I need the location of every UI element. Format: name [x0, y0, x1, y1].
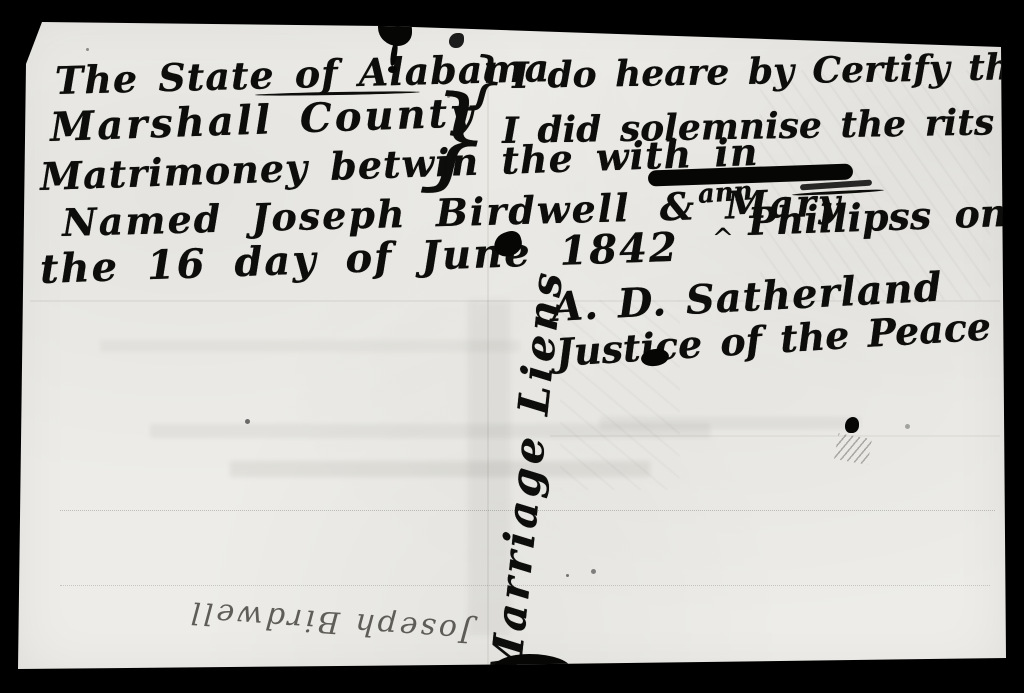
- insertion-caret: ^: [712, 226, 734, 252]
- ink-blob-drip-dot: [388, 66, 397, 73]
- horizontal-crease-2: [550, 435, 1000, 437]
- bleedthrough-smudge-4: [100, 340, 520, 352]
- inserted-word-above: ann: [697, 178, 753, 208]
- upside-down-name: Joseph Birdwell: [187, 596, 473, 646]
- ink-scribble-middle: [834, 433, 872, 465]
- certify-line-1: I do heare by Certify that: [512, 49, 1024, 94]
- ink-blot-middle: [845, 417, 859, 433]
- bleedthrough-smudge-3: [600, 417, 860, 429]
- bleedthrough-smudge-2: [230, 461, 650, 477]
- ink-spatter-top: [449, 33, 464, 48]
- bleedthrough-smudge-1: [150, 424, 710, 438]
- vertical-annotation: Marriage Liens: [484, 267, 569, 683]
- ink-blob-bottom-edge: [494, 654, 572, 684]
- county-line: Marshall County: [49, 93, 477, 148]
- paper-sheet: The State of Alabama } Marshall County }…: [0, 0, 1024, 693]
- scanned-document: The State of Alabama } Marshall County }…: [0, 0, 1024, 693]
- ink-specks: [0, 0, 3, 3]
- names-line-right: Phillipss on: [747, 194, 1008, 241]
